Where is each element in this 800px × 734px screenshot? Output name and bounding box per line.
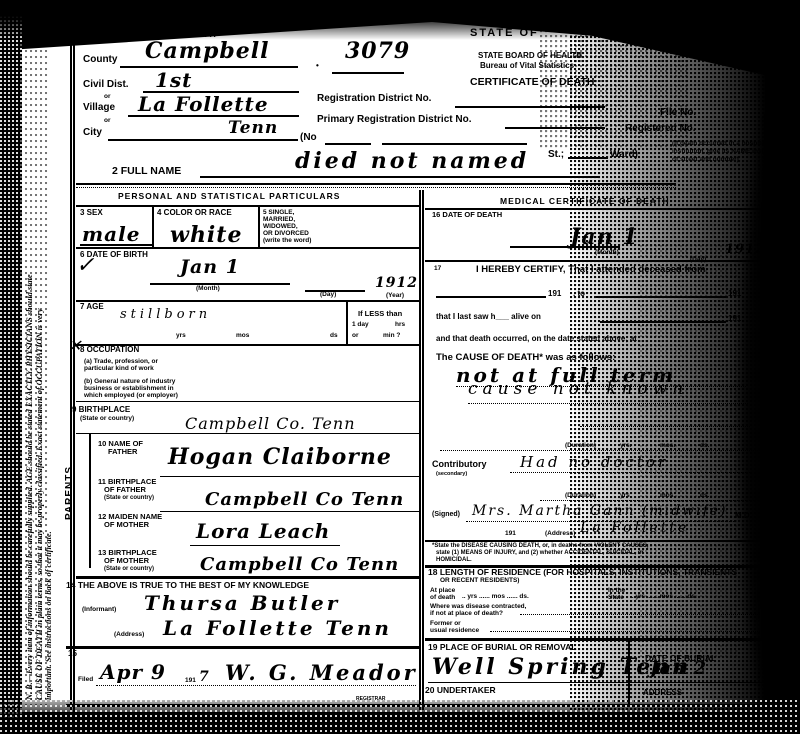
primary-registration-label: Primary Registration District No. — [317, 115, 471, 125]
mother-maiden-name-label: 12 MAIDEN NAME OF MOTHER — [98, 513, 162, 529]
bottom-border — [66, 704, 786, 707]
footnote: *State the DISEASE CAUSING DEATH, or, in… — [432, 543, 649, 564]
label-line: OF MOTHER — [98, 557, 157, 565]
to-label: , to — [573, 290, 585, 298]
footnote-line: state (1) MEANS OF INJURY, and (2) wheth… — [432, 550, 649, 557]
street-line — [382, 143, 527, 145]
personal-section-label: PERSONAL AND STATISTICAL PARTICULARS — [118, 192, 340, 201]
row-line — [76, 247, 421, 249]
civil-dist-value: 1st — [155, 70, 192, 90]
age-divider — [346, 300, 348, 344]
date-of-death-label: 16 DATE OF DEATH — [432, 211, 502, 219]
registration-district-label: Registration District No. — [317, 94, 431, 104]
duration-label-1: (Duration) — [565, 443, 596, 450]
county-label: County — [83, 55, 117, 65]
center-divider — [419, 190, 421, 710]
village-label: Village — [83, 103, 115, 113]
mos-label: mos — [236, 333, 249, 340]
row-line-thick — [66, 646, 421, 649]
margin-note-line: CAUSE OF DEATH in plain terms, so that i… — [35, 180, 45, 700]
occupation-label: 8 OCCUPATION — [80, 346, 139, 354]
row-line — [190, 545, 340, 546]
day-caption: (Day) — [320, 292, 336, 299]
color-race-value: white — [170, 224, 242, 246]
label-line: At place — [430, 587, 455, 594]
row-line — [160, 511, 420, 512]
or-label: or — [104, 118, 111, 125]
medical-section-label: MEDICAL CERTIFICATE OF DEATH — [500, 197, 670, 206]
informant-address-value: La Follette Tenn — [163, 618, 392, 638]
scan-speckle — [640, 240, 740, 660]
month-caption: (Month) — [595, 250, 619, 257]
full-name-line — [200, 176, 600, 178]
year-191-a: 191 — [548, 290, 561, 298]
row-line — [76, 433, 421, 434]
sex-label: 3 SEX — [80, 209, 103, 217]
label-line: In the — [608, 587, 625, 594]
dob-month-line — [150, 283, 290, 285]
certificate-number-value: 3079 — [345, 40, 410, 62]
left-border — [70, 28, 72, 718]
sex-value: male — [82, 224, 140, 244]
mother-birthplace-label: 13 BIRTHPLACE OF MOTHER (State or countr… — [98, 549, 157, 573]
margin-note-line: N. B.—Every item of information should b… — [25, 180, 35, 700]
occupation-b-line: business or establishment in — [84, 385, 178, 392]
mother-maiden-name-value: Lora Leach — [196, 521, 330, 541]
burial-divider — [628, 640, 630, 704]
row-line — [428, 682, 788, 683]
burial-date-value: Jan 2 — [650, 660, 707, 678]
informant-address-label: (Address) — [114, 632, 144, 639]
label-line: if not at place of death? — [430, 610, 526, 617]
full-name-value: died not named — [295, 150, 529, 172]
divider — [76, 183, 676, 185]
age-value: stillborn — [120, 308, 211, 321]
marital-status-label: 5 SINGLE, MARRIED, WIDOWED, OR DIVORCED … — [263, 209, 311, 244]
street-label: St.; — [548, 150, 564, 160]
label-line: usual residence — [430, 627, 479, 634]
label-line: OF FATHER — [98, 486, 156, 494]
label-line: FATHER — [98, 448, 143, 456]
city-value: Tenn — [228, 120, 278, 137]
residence-label-2: OR RECENT RESIDENTS) — [440, 578, 519, 585]
birthplace-label: 9 BIRTHPLACE — [72, 406, 130, 414]
row-line-thick — [76, 576, 421, 579]
check-mark: ✓ — [76, 255, 95, 277]
marital-line: WIDOWED, — [263, 223, 311, 230]
occupation-b-line: (b) General nature of industry — [84, 378, 178, 385]
scanned-death-certificate: N. B.—Every item of information should b… — [0, 0, 800, 734]
or-label: or — [352, 333, 359, 340]
label-line: of death — [430, 594, 455, 601]
birthplace-value: Campbell Co. Tenn — [185, 416, 356, 432]
scan-speckle — [540, 30, 690, 150]
informant-value: Thursa Butler — [144, 593, 340, 613]
label-line: (State or country) — [98, 565, 157, 573]
county-value: Campbell — [145, 40, 270, 62]
margin-instructions: N. B.—Every item of information should b… — [25, 180, 54, 700]
label-line: Former or — [430, 620, 479, 627]
label-line: State — [608, 594, 625, 601]
dob-year-value: 1912 — [375, 276, 418, 290]
occupation-a-label: (a) Trade, profession, or particular kin… — [84, 358, 158, 372]
signed-label: (Signed) — [432, 511, 460, 518]
one-day-label: 1 day — [352, 322, 369, 329]
informant-label: (Informant) — [82, 607, 116, 614]
village-value: La Follette — [138, 94, 269, 114]
month-caption: (Month) — [196, 286, 220, 293]
footnote-line: *State the DISEASE CAUSING DEATH, or, in… — [432, 543, 649, 550]
dob-month-value: Jan 1 — [180, 258, 240, 277]
ward-label: Ward) — [610, 150, 638, 160]
cause-of-death-label: The CAUSE OF DEATH* was as follows: — [436, 353, 615, 363]
hrs-label: hrs — [395, 322, 405, 329]
city-line — [108, 139, 298, 141]
left-border-inner — [73, 28, 75, 718]
label-line: OF MOTHER — [98, 521, 162, 529]
street-number-label: (No — [300, 133, 317, 143]
tick-mark: ✕ — [68, 338, 82, 354]
death-occurred-text: and that death occurred, on the date sta… — [436, 335, 637, 343]
full-name-label: 2 FULL NAME — [112, 166, 181, 177]
mother-birthplace-value: Campbell Co Tenn — [200, 556, 399, 574]
at-place-label: At place of death — [430, 587, 455, 601]
marital-line: MARRIED, — [263, 216, 311, 223]
occupation-b-label: (b) General nature of industry business … — [84, 378, 178, 399]
attended-from-line — [436, 296, 546, 298]
marital-line: 5 SINGLE, — [263, 209, 311, 216]
burial-place-label: 19 PLACE OF BURIAL OR REMOVAL — [428, 643, 576, 652]
filed-year-prefix: 191 — [185, 678, 196, 685]
marital-line: (write the word) — [263, 237, 311, 244]
birthplace-caption: (State or country) — [80, 416, 134, 423]
color-race-label: 4 COLOR OR RACE — [157, 209, 232, 217]
father-birthplace-label: 11 BIRTHPLACE OF FATHER (State or countr… — [98, 478, 156, 502]
occupation-b-line: which employed (or employer) — [84, 392, 178, 399]
civil-dist-label: Civil Dist. — [83, 80, 129, 90]
secondary-caption: (secondary) — [436, 472, 467, 478]
min-label: min ? — [383, 333, 400, 340]
occupation-a-line: (a) Trade, profession, or — [84, 358, 158, 365]
center-divider-inner — [422, 190, 424, 710]
row-line — [76, 205, 421, 207]
sex-line — [80, 244, 152, 246]
row-line — [160, 476, 420, 477]
row-line — [76, 401, 421, 402]
dod-month-line — [510, 246, 620, 248]
father-birthplace-value: Campbell Co Tenn — [205, 491, 404, 509]
margin-note-line: important. See instructions on back of c… — [44, 180, 54, 700]
occupation-a-line: particular kind of work — [84, 365, 158, 372]
yrs-label: yrs. — [620, 493, 632, 500]
county-line — [120, 66, 298, 68]
label-line: (State or country) — [98, 494, 156, 502]
father-name-value: Hogan Claiborne — [168, 446, 392, 468]
contributory-label: Contributory — [432, 460, 487, 469]
dot-separator: • — [316, 62, 319, 70]
undertaker-address-label: ADDRESS — [643, 689, 682, 697]
city-label: City — [83, 128, 102, 138]
yrs-label: yrs. — [620, 443, 632, 450]
street-number-line — [325, 143, 371, 145]
filed-label: Filed — [78, 677, 93, 684]
parents-label: PARENTS — [64, 466, 75, 520]
row-line — [76, 300, 421, 302]
color-divider — [258, 205, 260, 247]
registrar-caption: REGISTRAR — [356, 697, 385, 702]
if-less-label: If LESS than — [358, 310, 402, 318]
where-contracted-label: Where was disease contracted, if not at … — [430, 603, 526, 617]
parents-divider — [89, 433, 91, 568]
in-state-label: In the State — [608, 587, 625, 601]
number-line — [332, 72, 404, 74]
date-of-death-value: Jan 1 — [570, 226, 639, 248]
certify-number: 17 — [434, 266, 441, 273]
duration-label-2: (Duration) — [565, 493, 596, 500]
signed-date-191: 191 — [505, 531, 516, 538]
state-title: STATE OF — [470, 28, 539, 39]
father-name-label: 10 NAME OF FATHER — [98, 440, 143, 456]
physician-address-label: (Address) — [545, 531, 575, 538]
yrs-label: yrs — [176, 333, 186, 340]
footnote-line: HOMICIDAL. — [432, 557, 649, 564]
filed-number-label: 15 — [68, 650, 77, 658]
former-residence-label: Former or usual residence — [430, 620, 479, 634]
age-label: 7 AGE — [80, 303, 104, 311]
filed-date-value: Apr 9 — [100, 662, 166, 682]
informant-statement: 14 THE ABOVE IS TRUE TO THE BEST OF MY K… — [66, 581, 309, 590]
year-caption: (Year) — [386, 293, 404, 300]
ward-line — [568, 157, 608, 159]
divider-dotted — [76, 187, 676, 188]
at-place-units: .. yrs ...... mos ...... ds. — [462, 594, 529, 601]
filed-line — [96, 685, 416, 686]
marital-line: OR DIVORCED — [263, 230, 311, 237]
last-saw-text: that I last saw h___ alive on — [436, 313, 541, 321]
ds-label: ds — [330, 333, 338, 340]
sex-divider — [152, 205, 154, 247]
undertaker-label: 20 UNDERTAKER — [425, 686, 496, 695]
filed-year-suffix: 7 — [199, 670, 210, 684]
label-line: Where was disease contracted, — [430, 603, 526, 610]
or-label: or — [104, 94, 111, 101]
registrar-value: W. G. Meador — [225, 662, 418, 683]
